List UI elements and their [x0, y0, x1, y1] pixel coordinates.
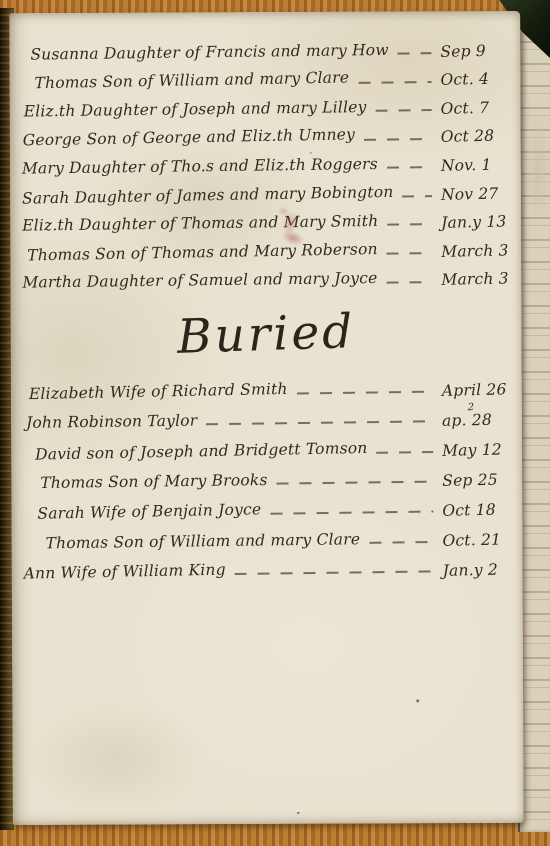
baptism-entry-row: Thomas Son of William and mary Clare Oct…	[21, 62, 512, 93]
entry-date-text: Oct 18	[442, 501, 496, 520]
dash-leader	[297, 391, 433, 394]
buried-section-heading: Buried	[10, 299, 523, 370]
entry-date-text: Nov. 1	[441, 156, 492, 175]
entry-date-text: Sep 9	[440, 41, 486, 60]
entry-date-text: Jan.y 13	[441, 213, 507, 232]
burial-entries-list: Elizabeth Wife of Richard Smith April 26…	[23, 371, 515, 583]
entry-date: Nov. 1	[441, 155, 513, 177]
entry-date-text: Sep 25	[442, 471, 498, 490]
dash-leader	[387, 166, 432, 168]
dash-leader	[270, 511, 433, 515]
entry-date: Oct. 4	[440, 69, 512, 91]
entry-date: Oct 28	[441, 127, 513, 149]
dash-leader	[387, 224, 432, 226]
entry-date-text: Oct. 7	[440, 99, 489, 118]
entry-date-text: April 26	[442, 380, 507, 399]
entry-date: Oct. 21	[442, 530, 514, 552]
baptism-entry-row: Mary Daughter of Tho.s and Eliz.th Rogge…	[22, 147, 513, 178]
dash-leader	[358, 80, 431, 83]
entry-text: Sarah Wife of Benjain Joyce	[37, 500, 261, 524]
dash-leader	[377, 451, 434, 453]
manuscript-photo: Susanna Daughter of Francis and mary How…	[0, 0, 550, 846]
burial-entry-row: John Robinson Taylor 2ap. 28	[23, 401, 514, 433]
baptism-entry-row: George Son of George and Eliz.th Umney O…	[22, 119, 513, 150]
burial-entry-row: Sarah Wife of Benjain Joyce Oct 18	[23, 491, 514, 523]
baptism-entries-list: Susanna Daughter of Francis and mary How…	[21, 33, 513, 292]
entry-date: April 26	[442, 380, 514, 402]
entry-date: Jan.y 13	[441, 212, 513, 234]
entry-date: Oct 18	[442, 500, 514, 522]
entry-date: Nov 27	[441, 184, 513, 206]
register-page: Susanna Daughter of Francis and mary How…	[9, 11, 524, 825]
ink-speck	[310, 152, 312, 154]
baptism-entry-row: Susanna Daughter of Francis and mary How…	[21, 33, 512, 64]
entry-date-text: Oct. 21	[442, 531, 501, 550]
entry-date: March 3	[441, 241, 513, 263]
burial-entry-row: Ann Wife of William King Jan.y 2	[24, 551, 515, 583]
entry-text: Martha Daughter of Samuel and mary Joyce	[22, 269, 377, 294]
date-superscript-note: 2	[468, 402, 475, 413]
dash-leader	[369, 541, 433, 544]
entry-text: John Robinson Taylor	[26, 412, 198, 434]
dash-leader	[364, 138, 432, 141]
burial-entry-row: Thomas Son of William and mary Clare Oct…	[23, 521, 514, 553]
burial-entry-row: Elizabeth Wife of Richard Smith April 26	[23, 371, 514, 403]
entry-date: Jan.y 2	[442, 560, 514, 582]
entry-date-text: Oct 28	[441, 127, 495, 146]
dash-leader	[398, 52, 432, 54]
baptism-entry-row: Martha Daughter of Samuel and mary Joyce…	[22, 262, 513, 293]
entry-date: May 12	[442, 440, 514, 462]
entry-date: Oct. 7	[440, 98, 512, 120]
entry-date: March 3	[441, 270, 513, 292]
entry-date-text: March 3	[441, 241, 509, 260]
baptism-entry-row: Eliz.th Daughter of Joseph and mary Lill…	[22, 90, 513, 121]
entry-date: Sep 9	[440, 41, 512, 63]
entry-date: 2ap. 28	[442, 410, 514, 432]
dash-leader	[206, 421, 433, 426]
dash-leader	[376, 109, 432, 111]
entry-date-text: Oct. 4	[440, 70, 489, 89]
baptism-entry-row: Sarah Daughter of James and mary Bobingt…	[22, 176, 513, 207]
entry-text: Thomas Son of William and mary Clare	[45, 530, 360, 554]
entry-date: Sep 25	[442, 470, 514, 492]
dash-leader	[403, 195, 433, 197]
burial-entry-row: David son of Joseph and Bridgett Tomson …	[23, 431, 514, 463]
burial-entry-row: Thomas Son of Mary Brooks Sep 25	[23, 461, 514, 493]
entry-text: Thomas Son of Mary Brooks	[40, 471, 268, 494]
entry-date-text: May 12	[442, 441, 502, 460]
dash-leader	[277, 481, 434, 485]
dash-leader	[386, 281, 432, 283]
entry-date-text: ap. 28	[442, 411, 492, 430]
entry-text: Susanna Daughter of Francis and mary How	[30, 40, 389, 65]
ink-speck	[416, 699, 419, 702]
entry-date-text: March 3	[441, 270, 509, 289]
entry-text: Eliz.th Daughter of Joseph and mary Lill…	[24, 98, 367, 122]
entry-date-text: Nov 27	[441, 184, 499, 203]
entry-text: Ann Wife of William King	[23, 561, 226, 585]
entry-date-text: Jan.y 2	[442, 561, 498, 580]
dash-leader	[235, 571, 434, 575]
ink-speck	[297, 812, 300, 814]
dash-leader	[387, 252, 433, 254]
